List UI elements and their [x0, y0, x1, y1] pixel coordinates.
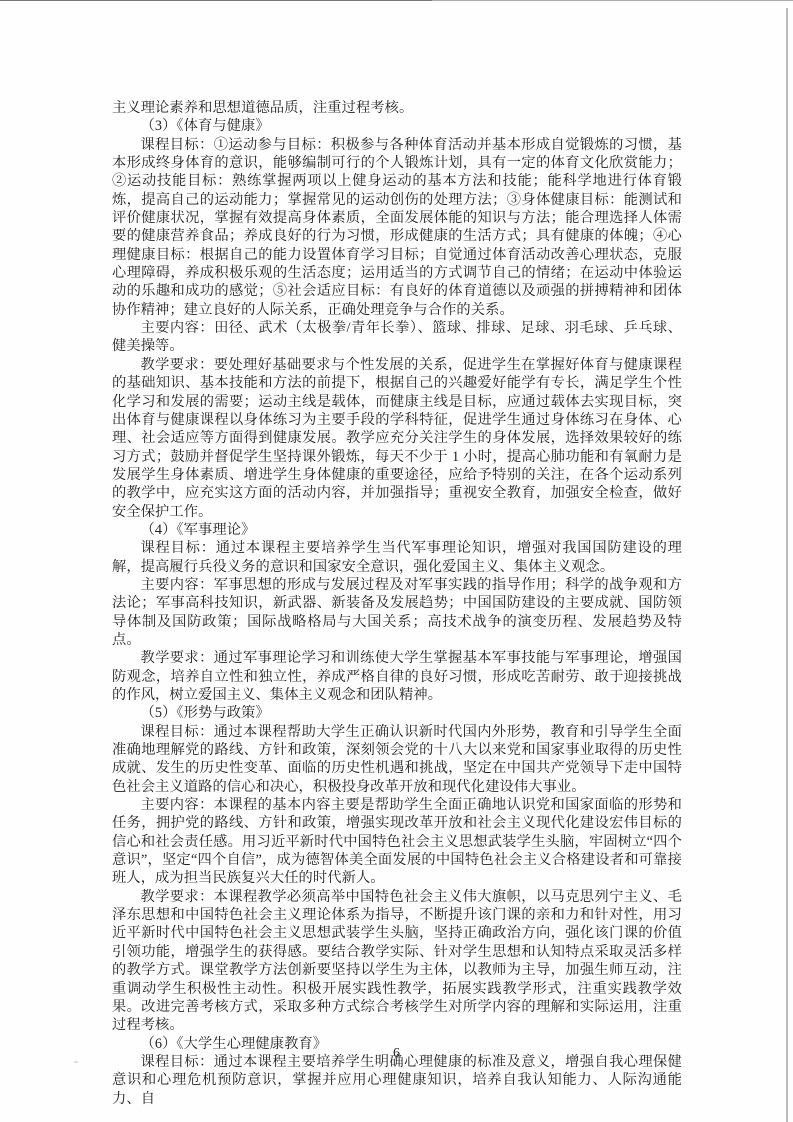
continuation-paragraph: 主义理论素养和思想道德品质，注重过程考核。	[112, 99, 682, 117]
section-heading-pe: （3）《体育与健康》	[112, 117, 682, 135]
document-text-block: 主义理论素养和思想道德品质，注重过程考核。 （3）《体育与健康》 课程目标：①运…	[112, 99, 682, 1108]
scan-edge-right	[786, 8, 788, 1122]
military-teaching-requirements: 教学要求：通过军事理论学习和训练使大学生掌握基本军事技能与军事理论，增强国防观念…	[112, 649, 682, 704]
military-course-objectives: 课程目标：通过本课程主要培养学生当代军事理论知识，增强对我国国防建设的理解，提高…	[112, 539, 682, 576]
military-main-content: 主要内容：军事思想的形成与发展过程及对军事实践的指导作用；科学的战争观和方法论；…	[112, 576, 682, 649]
pe-teaching-requirements: 教学要求：要处理好基础要求与个性发展的关系，促进学生在掌握好体育与健康课程的基础…	[112, 356, 682, 521]
policy-teaching-requirements: 教学要求：本课程教学必须高举中国特色社会主义伟大旗帜，以马克思列宁主义、毛泽东思…	[112, 888, 682, 1035]
scan-edge-top-dark	[0, 0, 432, 1]
policy-main-content: 主要内容：本课程的基本内容主要是帮助学生全面正确地认识党和国家面临的形势和任务，…	[112, 796, 682, 888]
section-heading-military: （4）《军事理论》	[112, 521, 682, 539]
pe-course-objectives: 课程目标：①运动参与目标：积极参与各种体育活动并基本形成自觉锻炼的习惯，基本形成…	[112, 136, 682, 319]
pe-main-content: 主要内容：田径、武术（太极拳/青年长拳）、篮球、排球、足球、羽毛球、乒乓球、健美…	[112, 319, 682, 356]
section-heading-policy: （5）《形势与政策》	[112, 704, 682, 722]
page-number: 6	[0, 1046, 793, 1062]
document-page: 主义理论素养和思想道德品质，注重过程考核。 （3）《体育与健康》 课程目标：①运…	[0, 0, 793, 1122]
policy-course-objectives: 课程目标：通过本课程帮助大学生正确认识新时代国内外形势，教育和引导学生全面准确地…	[112, 723, 682, 796]
